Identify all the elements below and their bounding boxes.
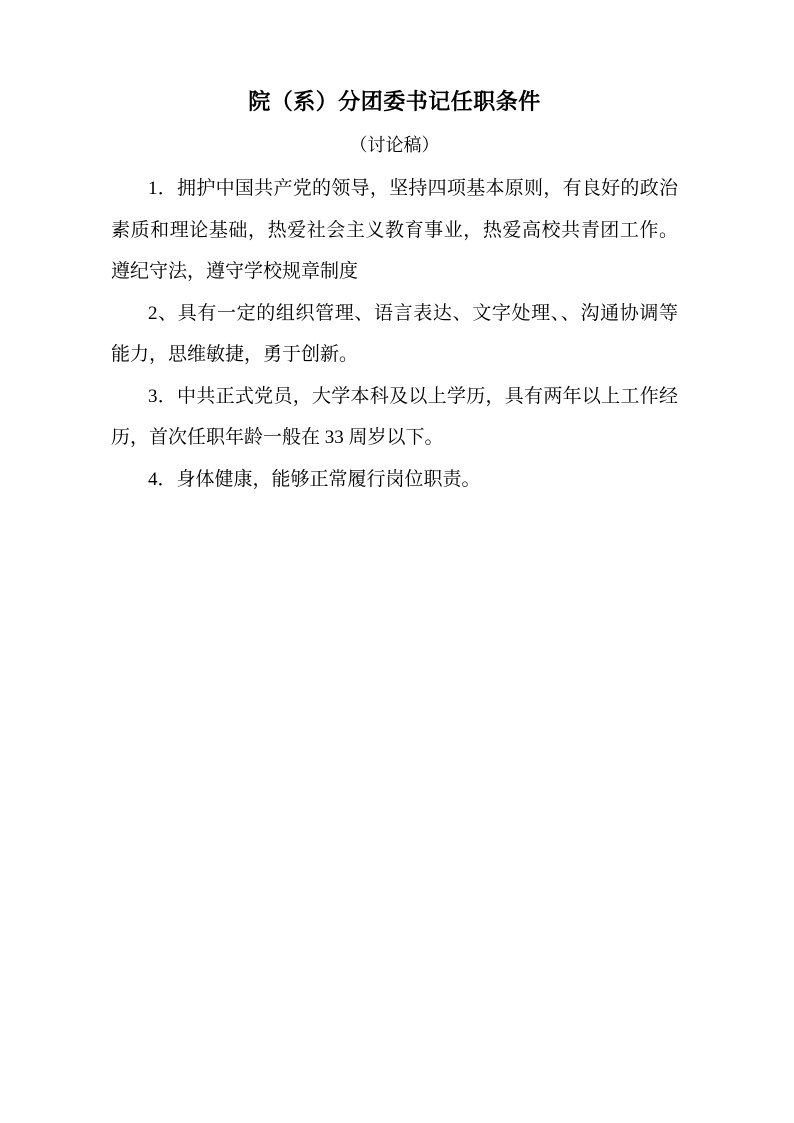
paragraph-3: 3．中共正式党员，大学本科及以上学历，具有两年以上工作经历，首次任职年龄一般在 … [111, 376, 678, 459]
document-title: 院（系）分团委书记任职条件 [111, 88, 678, 116]
paragraph-1: 1．拥护中国共产党的领导，坚持四项基本原则，有良好的政治素质和理论基础，热爱社会… [111, 168, 678, 293]
document-body: 1．拥护中国共产党的领导，坚持四项基本原则，有良好的政治素质和理论基础，热爱社会… [111, 168, 678, 500]
paragraph-4: 4．身体健康，能够正常履行岗位职责。 [111, 459, 678, 501]
document-content: 院（系）分团委书记任职条件 （讨论稿） 1．拥护中国共产党的领导，坚持四项基本原… [0, 0, 794, 500]
paragraph-2: 2、具有一定的组织管理、语言表达、文字处理、、沟通协调等能力，思维敏捷，勇于创新… [111, 293, 678, 376]
document-page: 院（系）分团委书记任职条件 （讨论稿） 1．拥护中国共产党的领导，坚持四项基本原… [0, 0, 794, 1123]
document-subtitle: （讨论稿） [111, 135, 678, 155]
